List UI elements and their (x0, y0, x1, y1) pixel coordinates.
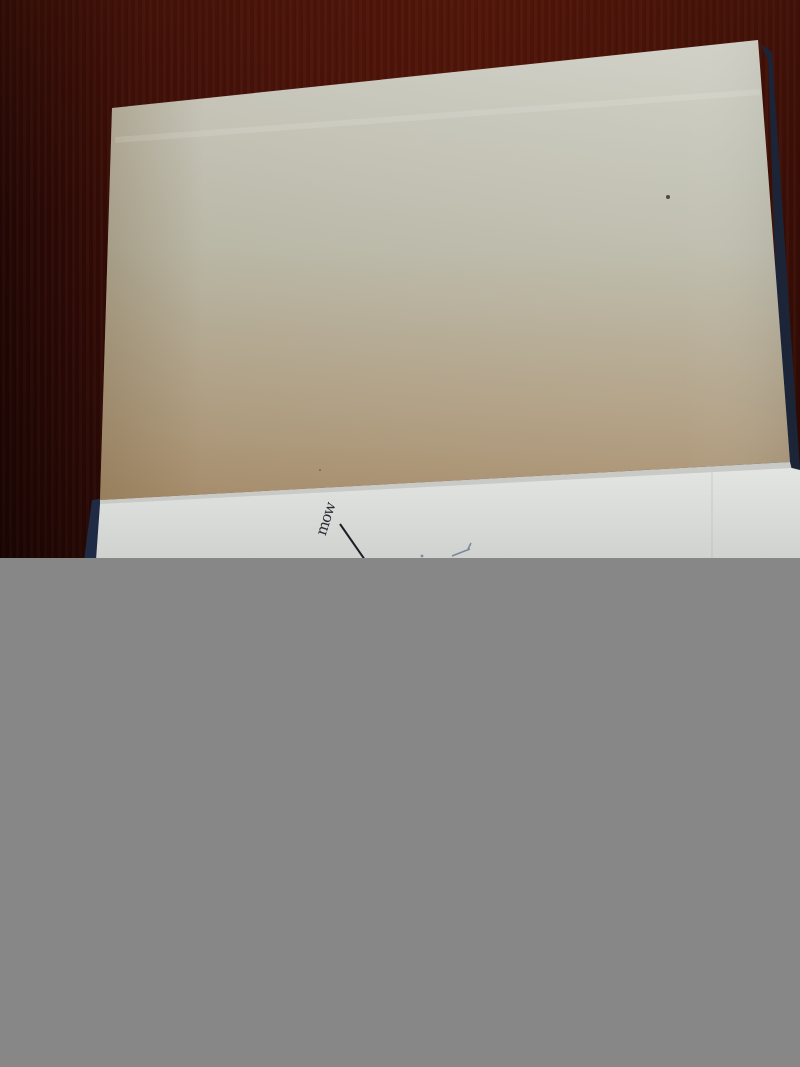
book-illustration (0, 0, 800, 560)
photo-scene: mow (0, 0, 800, 1067)
masked-region (0, 558, 800, 1067)
page-speck (666, 195, 670, 199)
open-book: mow (0, 0, 800, 560)
